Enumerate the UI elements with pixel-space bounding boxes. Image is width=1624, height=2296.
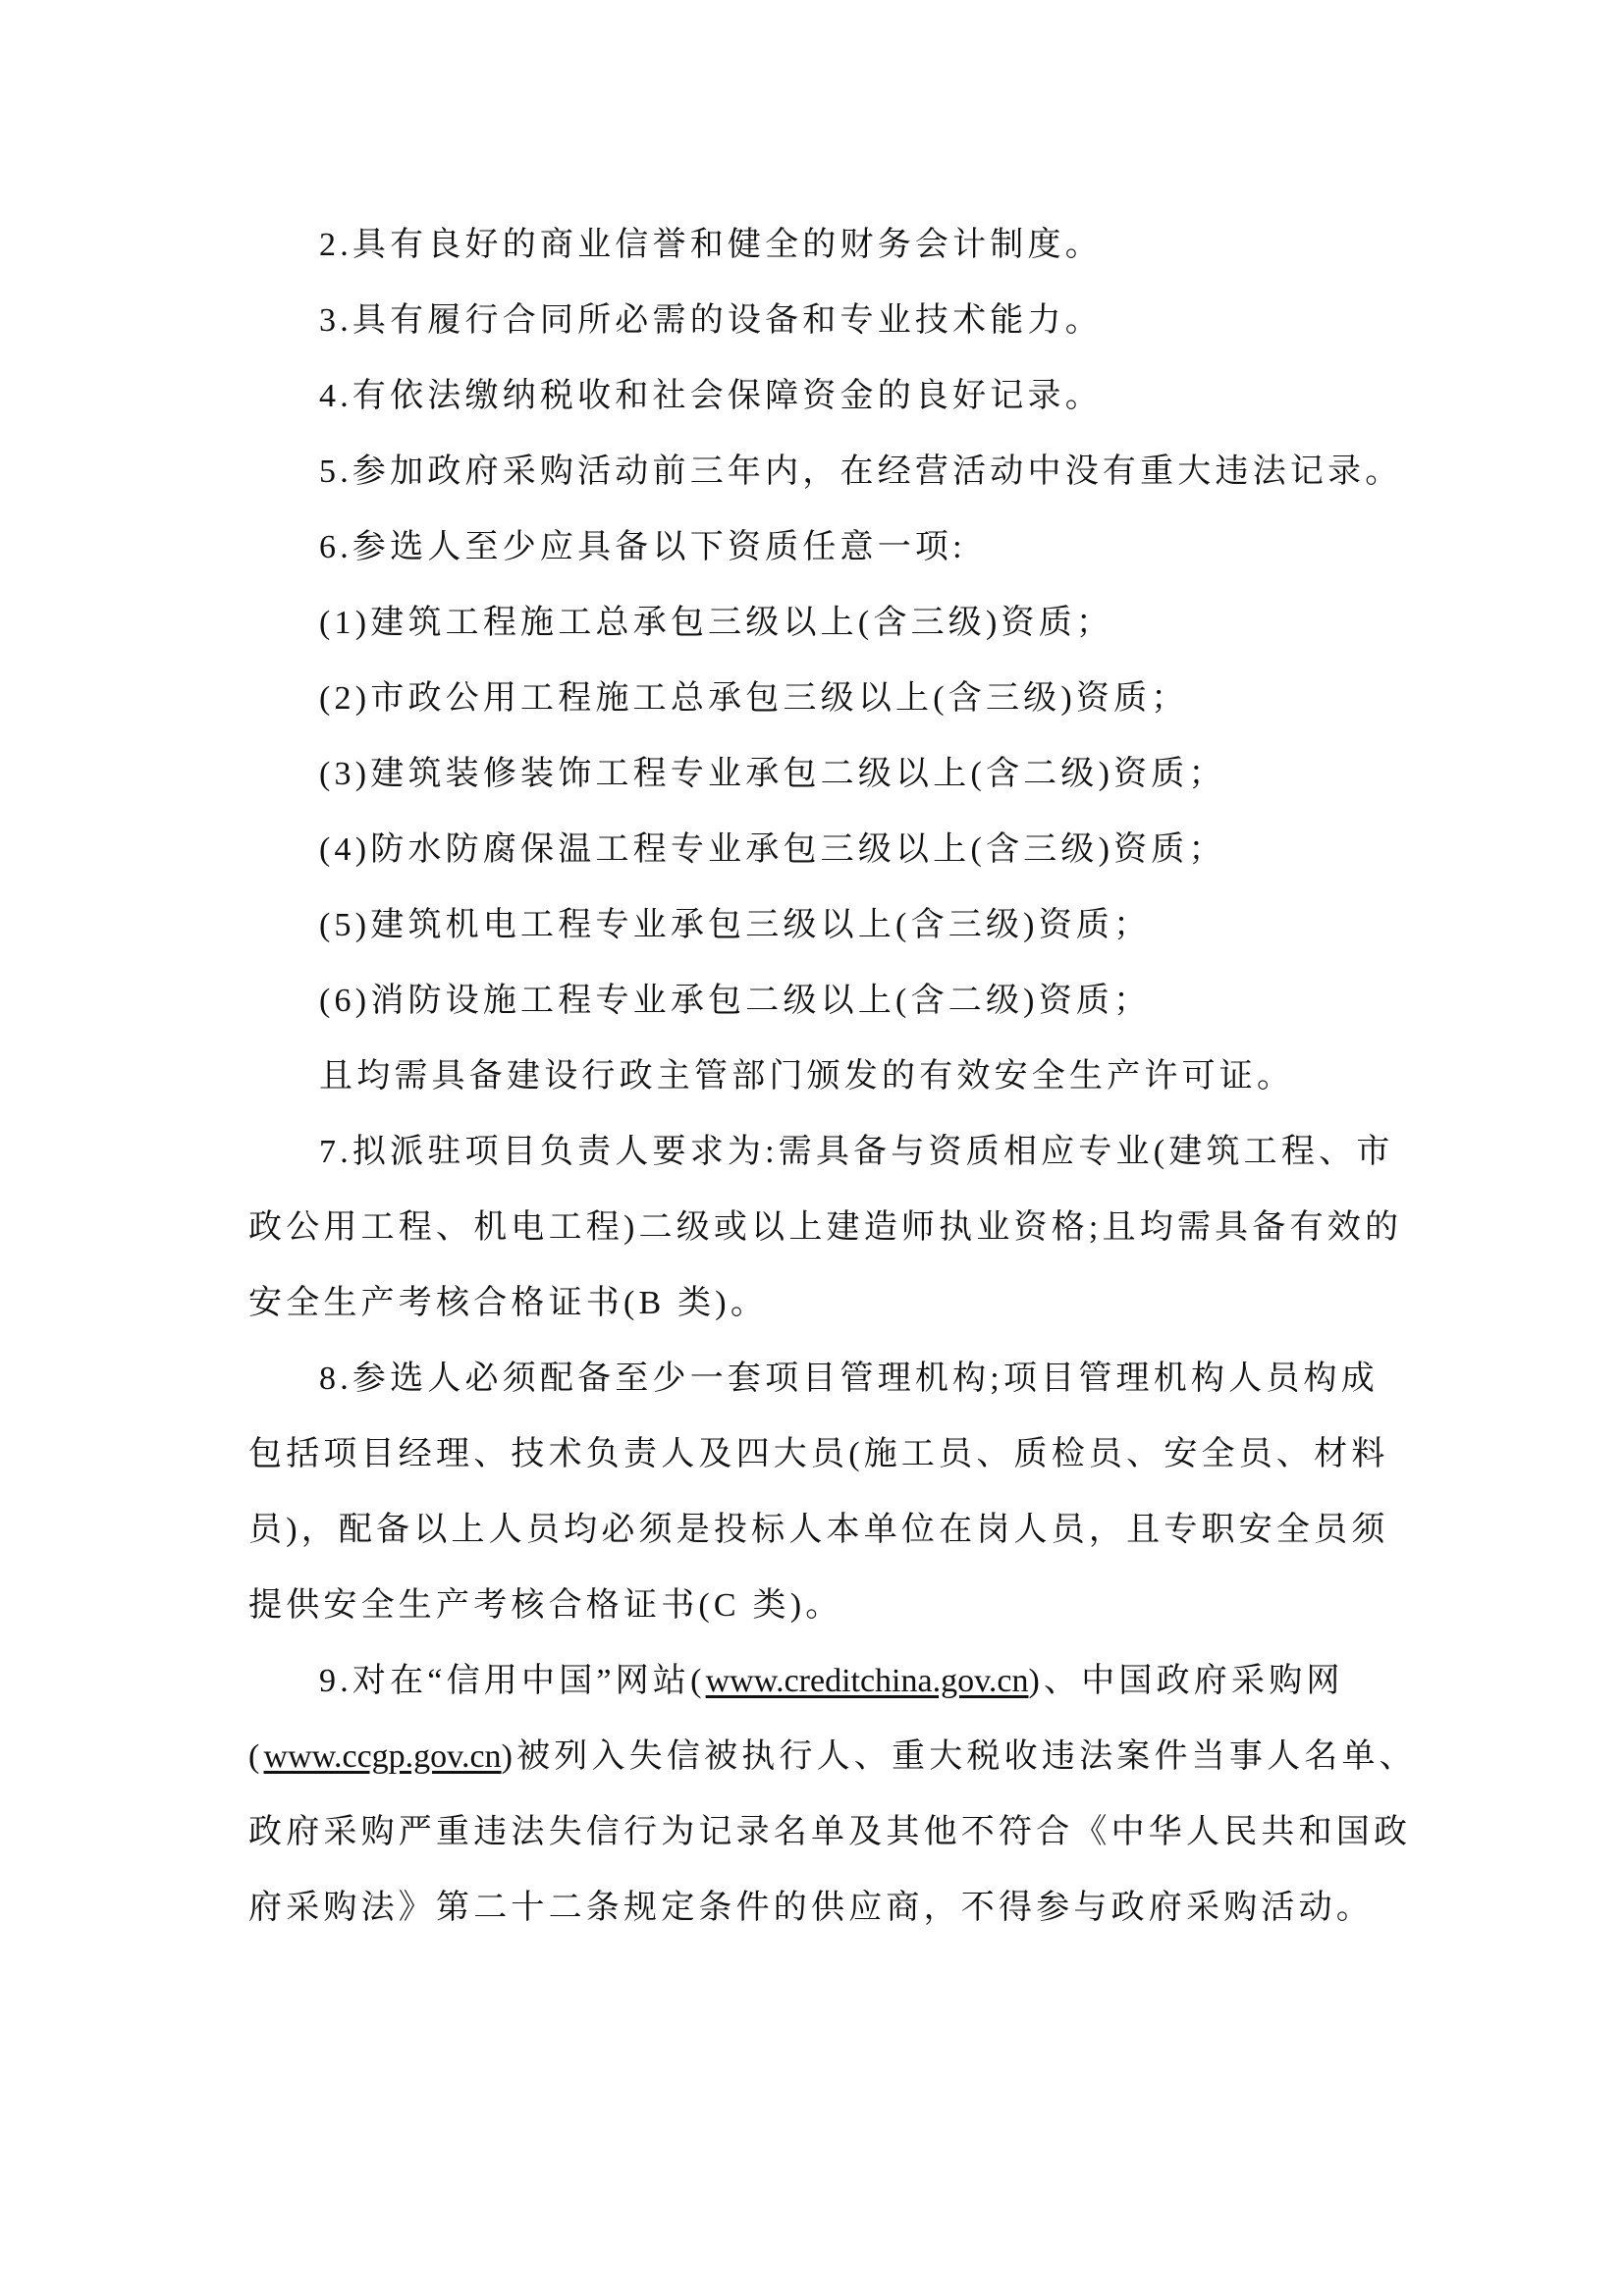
creditchina-link[interactable]: www.creditchina.gov.cn bbox=[706, 1663, 1029, 1699]
qualification-2: (2)市政公用工程施工总承包三级以上(含三级)资质； bbox=[319, 675, 1373, 722]
requirement-8-line-4: 提供安全生产考核合格证书(C 类)。 bbox=[248, 1582, 1373, 1629]
requirement-7-line-2: 政公用工程、机电工程)二级或以上建造师执业资格;且均需具备有效的 bbox=[248, 1204, 1373, 1252]
requirement-9-line-1: 9.对在“信用中国”网站(www.creditchina.gov.cn)、中国政… bbox=[319, 1658, 1373, 1705]
qualification-note: 且均需具备建设行政主管部门颁发的有效安全生产许可证。 bbox=[319, 1053, 1373, 1100]
requirement-9-paren: ( bbox=[248, 1738, 264, 1775]
qualification-1: (1)建筑工程施工总承包三级以上(含三级)资质； bbox=[319, 600, 1373, 647]
requirement-2: 2.具有良好的商业信誉和健全的财务会计制度。 bbox=[319, 222, 1373, 269]
requirement-4: 4.有依法缴纳税收和社会保障资金的良好记录。 bbox=[319, 373, 1373, 420]
requirement-5: 5.参加政府采购活动前三年内，在经营活动中没有重大违法记录。 bbox=[319, 449, 1373, 496]
requirement-8-line-1: 8.参选人必须配备至少一套项目管理机构;项目管理机构人员构成 bbox=[319, 1356, 1373, 1403]
requirement-9-line-4: 府采购法》第二十二条规定条件的供应商，不得参与政府采购活动。 bbox=[248, 1885, 1373, 1932]
requirement-9-line-3: 政府采购严重违法失信行为记录名单及其他不符合《中华人民共和国政 bbox=[248, 1809, 1373, 1856]
document-page: 2.具有良好的商业信誉和健全的财务会计制度。 3.具有履行合同所必需的设备和专业… bbox=[0, 0, 1624, 2296]
requirement-7-line-1: 7.拟派驻项目负责人要求为:需具备与资质相应专业(建筑工程、市 bbox=[319, 1129, 1373, 1176]
requirement-9-text-c: )被列入失信被执行人、重大税收违法案件当事人名单、 bbox=[502, 1738, 1417, 1775]
requirement-9-text-b: )、中国政府采购网 bbox=[1028, 1663, 1343, 1699]
requirement-9-line-2: (www.ccgp.gov.cn)被列入失信被执行人、重大税收违法案件当事人名单… bbox=[248, 1734, 1373, 1781]
qualification-3: (3)建筑装修装饰工程专业承包二级以上(含二级)资质； bbox=[319, 751, 1373, 798]
requirement-9-text-a: 9.对在“信用中国”网站( bbox=[319, 1663, 706, 1699]
requirement-3: 3.具有履行合同所必需的设备和专业技术能力。 bbox=[319, 297, 1373, 345]
qualification-4: (4)防水防腐保温工程专业承包三级以上(含三级)资质； bbox=[319, 827, 1373, 874]
requirement-8-line-2: 包括项目经理、技术负责人及四大员(施工员、质检员、安全员、材料 bbox=[248, 1431, 1373, 1478]
qualification-6: (6)消防设施工程专业承包二级以上(含二级)资质； bbox=[319, 978, 1373, 1025]
requirement-7-line-3: 安全生产考核合格证书(B 类)。 bbox=[248, 1280, 1373, 1327]
ccgp-link[interactable]: www.ccgp.gov.cn bbox=[264, 1738, 502, 1775]
requirement-6: 6.参选人至少应具备以下资质任意一项: bbox=[319, 524, 1373, 571]
qualification-5: (5)建筑机电工程专业承包三级以上(含三级)资质； bbox=[319, 902, 1373, 949]
requirement-8-line-3: 员)，配备以上人员均必须是投标人本单位在岗人员，且专职安全员须 bbox=[248, 1507, 1373, 1554]
